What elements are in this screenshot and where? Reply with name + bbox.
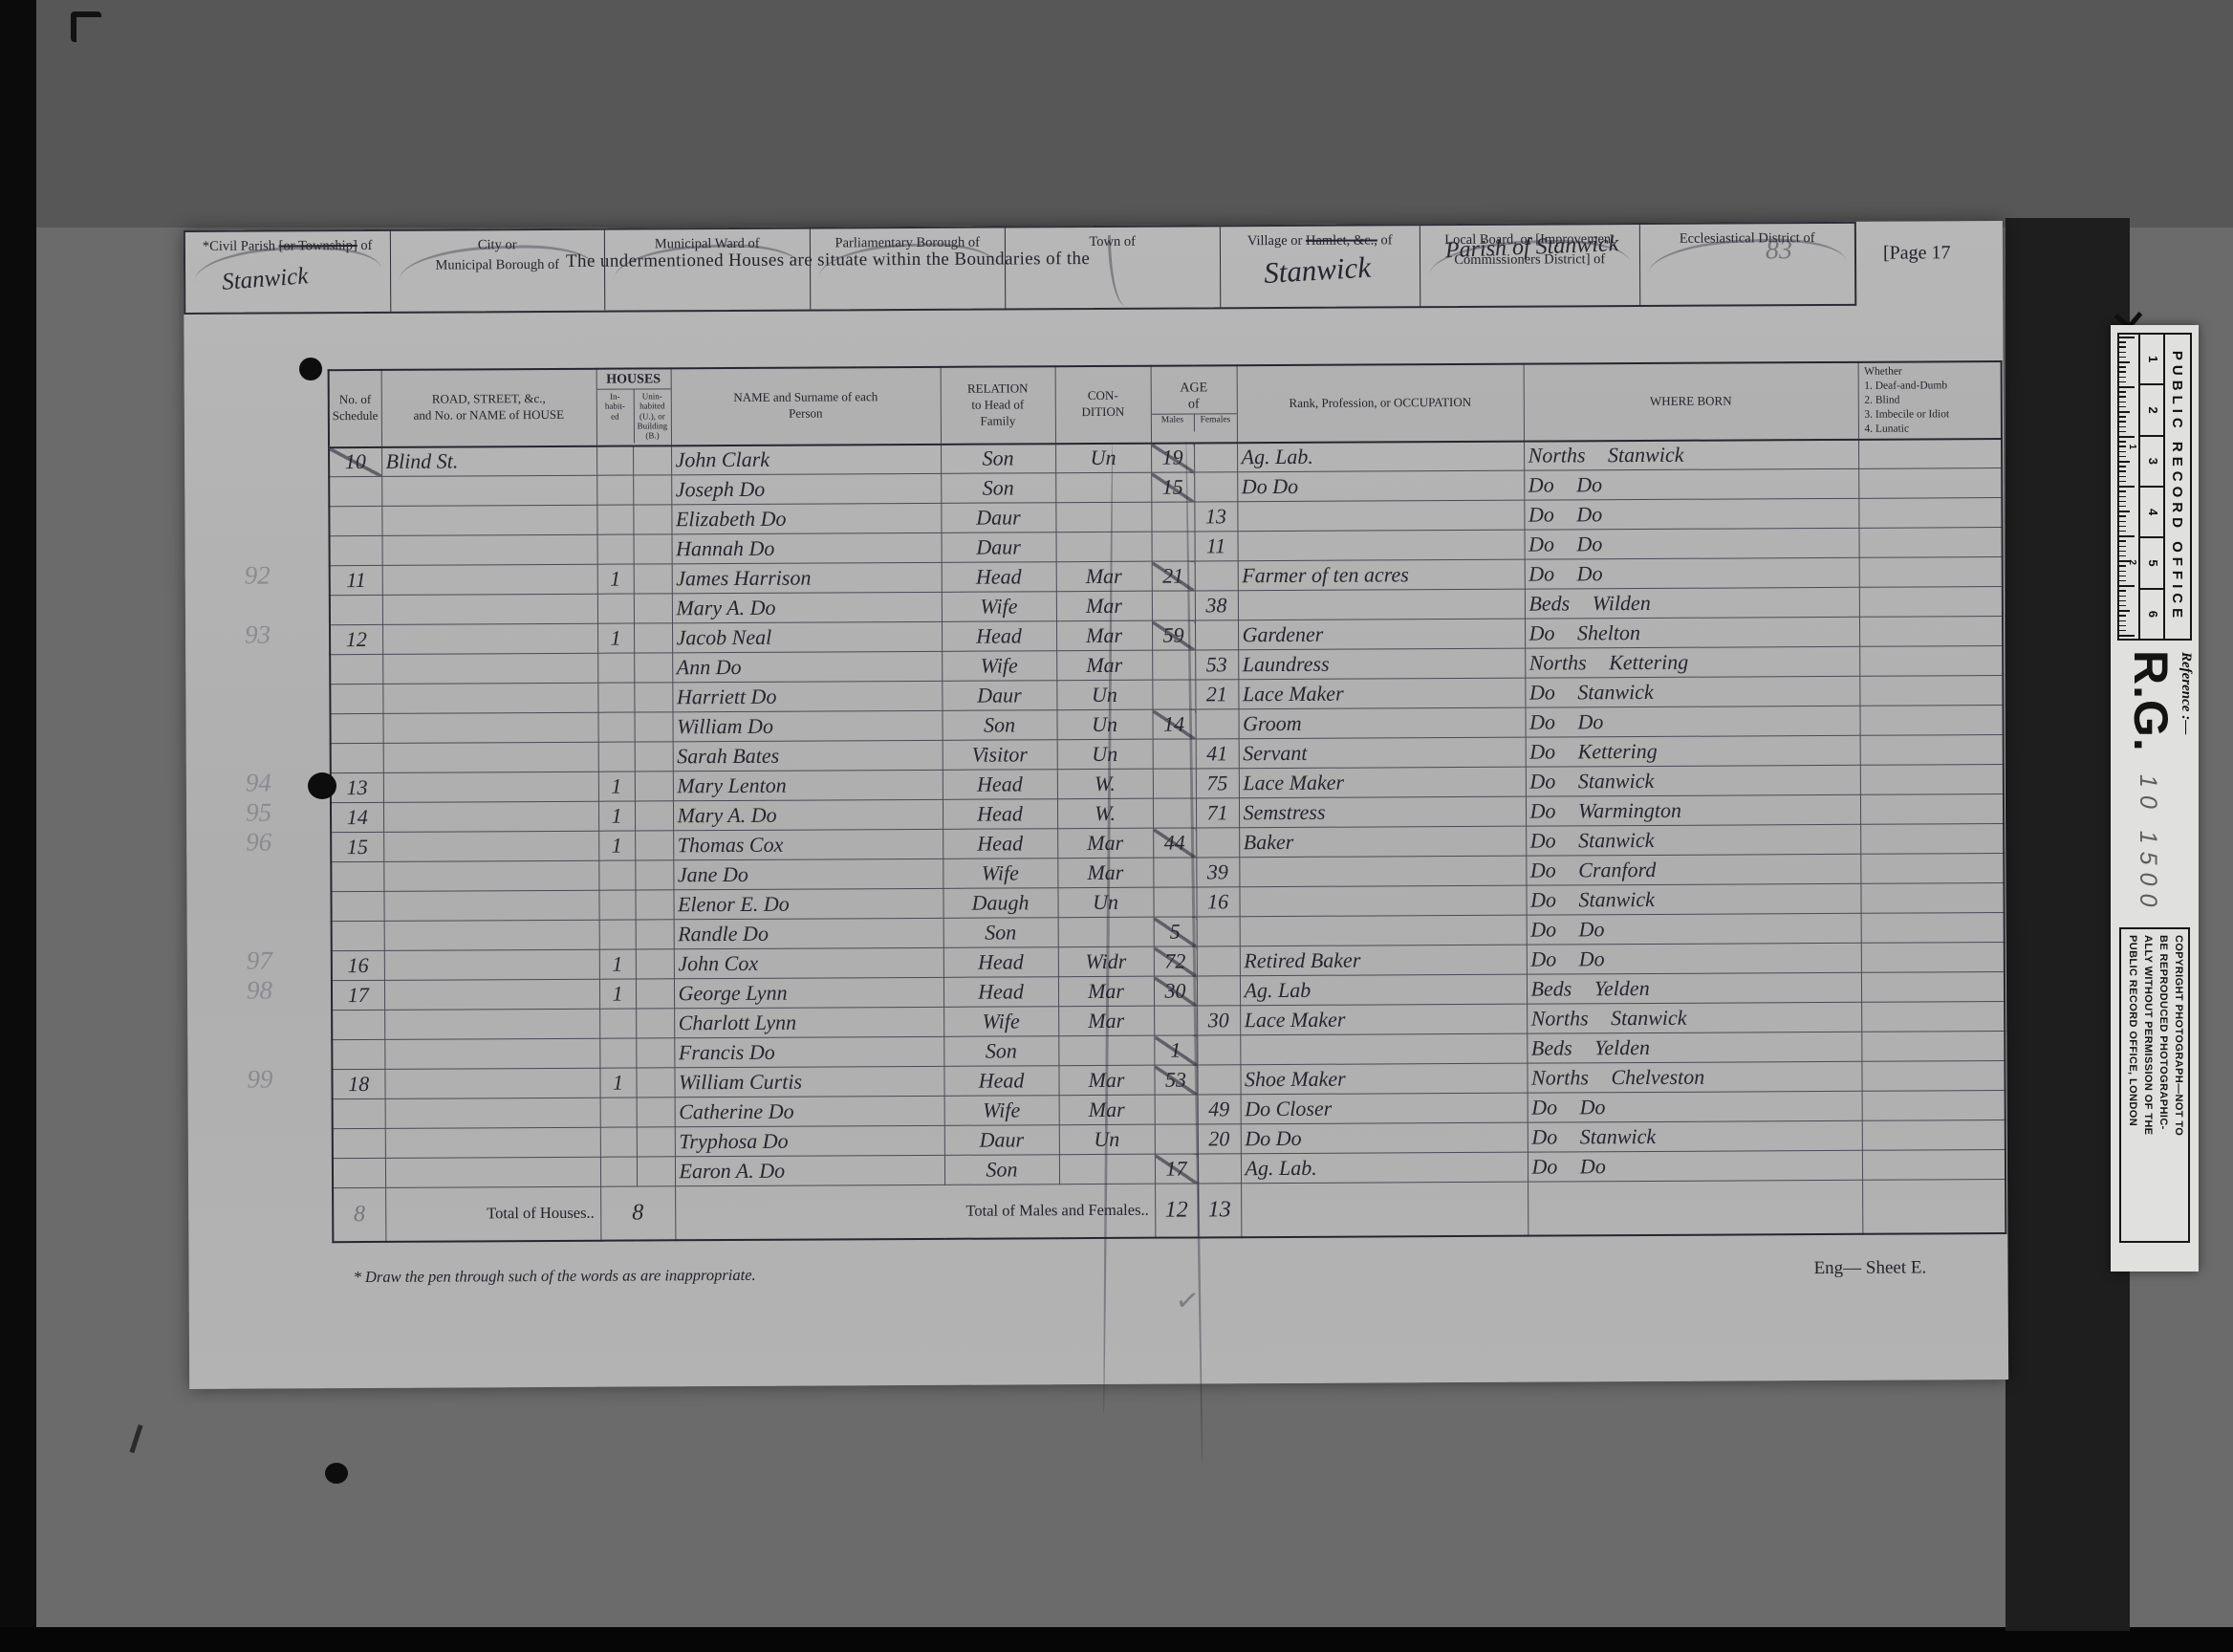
cell-uninhabited (635, 890, 673, 920)
col-age-group: AGE of Males Females (1151, 365, 1237, 443)
col-name: NAME and Surname of each Person (671, 367, 941, 446)
ruler-tick (2119, 361, 2130, 363)
cell-occupation: Retired Baker (1240, 945, 1527, 976)
cell-uninhabited (633, 446, 671, 475)
cell-disability (1861, 913, 2005, 944)
cell-name: William Curtis (674, 1067, 943, 1098)
frame-corner-mark (71, 11, 101, 42)
cell-where-born: Beds Yelden (1527, 1032, 1861, 1063)
cell-relation: Head (943, 1066, 1058, 1097)
cell-name: Hannah Do (672, 533, 942, 564)
cell-name: Joseph Do (671, 474, 941, 505)
cell-occupation (1238, 589, 1525, 620)
cell-where-born: Beds Yelden (1527, 972, 1861, 1004)
cell-occupation: Farmer of ten acres (1238, 559, 1525, 591)
cell-where-born: Do Stanwick (1526, 825, 1860, 857)
col-where-born: WHERE BORN (1524, 362, 1858, 442)
cell-where-born: Norths Stanwick (1527, 1002, 1861, 1033)
cell-condition: Mar (1057, 858, 1153, 888)
ruler-tick (2119, 555, 2126, 557)
cell-age-female: 41 (1196, 739, 1239, 769)
cell-name: John Clark (671, 445, 941, 475)
col-occupation: Rank, Profession, or OCCUPATION (1237, 364, 1524, 443)
cell-road (381, 475, 596, 506)
ruler-tick (2119, 540, 2126, 542)
cell-name: William Do (672, 711, 942, 742)
cell-occupation: Laundress (1238, 648, 1525, 680)
cell-relation: Head (943, 947, 1058, 978)
census-table: No. of Schedule ROAD, STREET, &c., and N… (328, 360, 2007, 1243)
cell-condition: Un (1056, 680, 1152, 710)
cell-where-born: Do Do (1527, 913, 1861, 945)
cell-schedule (330, 685, 382, 714)
cell-inhabited (597, 594, 634, 623)
ruler-tick (2119, 470, 2126, 472)
ruler-tick (2119, 511, 2130, 512)
district-handwritten-value: Stanwick (222, 263, 310, 296)
cell-occupation: Lace Maker (1240, 1004, 1527, 1035)
cell-relation: Wife (942, 592, 1056, 622)
cell-relation: Head (943, 977, 1058, 1008)
cell-occupation: Shoe Maker (1240, 1063, 1527, 1095)
ruler-tick (2119, 535, 2135, 537)
cell-uninhabited (634, 653, 672, 683)
page-number-label: [Page 17 (1883, 242, 1951, 264)
cell-disability (1861, 943, 2005, 973)
cell-occupation: Lace Maker (1238, 678, 1525, 709)
cell-relation: Head (943, 770, 1057, 800)
cell-occupation: Gardener (1238, 619, 1525, 650)
cell-road (382, 594, 597, 624)
schedule-pencil-number: 98 (247, 975, 314, 1005)
cell-age-male: 5 (1154, 917, 1197, 946)
cell-schedule: 16 (332, 951, 384, 981)
cell-road (384, 1038, 599, 1069)
cell-uninhabited (633, 475, 671, 505)
cell-inhabited (597, 712, 634, 742)
schedule-pencil-number: 92 (245, 560, 312, 590)
ruler-tick (2119, 596, 2126, 598)
cell-where-born: Do Do (1527, 943, 1861, 974)
cell-condition: Un (1057, 739, 1153, 770)
cell-road (385, 1098, 600, 1128)
ruler-tick (2119, 580, 2126, 582)
cell-road (382, 623, 597, 654)
cell-name: Sarah Bates (673, 741, 943, 772)
ruler-tick (2119, 371, 2126, 373)
cell-age-female (1195, 620, 1238, 650)
cell-disability (1862, 1120, 2005, 1151)
ruler-tick (2119, 421, 2126, 423)
cell-relation: Wife (943, 859, 1057, 889)
cell-occupation (1238, 530, 1525, 561)
cell-disability (1860, 735, 2004, 766)
cell-disability (1858, 498, 2002, 529)
cell-name: Catherine Do (675, 1097, 944, 1127)
reference-section: Reference :— R.G. 10 1500 (2114, 650, 2196, 916)
cell-age-female: 20 (1198, 1124, 1241, 1154)
cell-age-male (1154, 1006, 1197, 1035)
ruler-tick (2119, 466, 2126, 467)
district-field: Ecclesiastical District of (1639, 224, 1854, 305)
cell-age-female (1198, 1154, 1241, 1184)
ruler-tick (2119, 585, 2135, 587)
cell-road (384, 979, 599, 1010)
cell-road (382, 712, 597, 743)
cell-inhabited (600, 1157, 637, 1186)
col-uninhabited: Unin- habited (U.), or Building (B.) (634, 389, 670, 443)
sheet-label: Eng— Sheet E. (1813, 1257, 1926, 1279)
cell-where-born: Norths Kettering (1525, 647, 1859, 679)
cell-disability (1859, 617, 2003, 647)
hole-punch (325, 1463, 348, 1484)
cell-uninhabited (634, 683, 672, 712)
census-page: The undermentioned Houses are situate wi… (184, 221, 2008, 1389)
col-relation: RELATION to Head of Family (941, 366, 1055, 444)
cell-age-male: 17 (1155, 1154, 1198, 1184)
ruler-tick (2119, 496, 2126, 498)
ruler-tick (2119, 381, 2126, 383)
ruler-number: 1 (2140, 335, 2163, 385)
col-disability: Whether 1. Deaf-and-Dumb 2. Blind 3. Imb… (1858, 361, 2002, 439)
cell-relation: Son (943, 918, 1058, 948)
cell-age-female (1195, 561, 1238, 591)
cell-age-female: 71 (1196, 798, 1239, 828)
cell-age-female: 30 (1197, 1006, 1240, 1035)
cell-uninhabited (634, 623, 672, 653)
cell-inhabited (598, 860, 635, 890)
district-field-label: Village or Hamlet, &c., of (1220, 226, 1420, 251)
cell-age-male (1155, 1124, 1198, 1154)
cell-schedule (331, 744, 383, 773)
cell-name: John Cox (674, 948, 943, 979)
cell-road (385, 1157, 600, 1187)
cell-where-born: Do Stanwick (1525, 677, 1859, 708)
cell-name: Harriett Do (672, 682, 942, 712)
cell-where-born: Do Do (1528, 1091, 1862, 1122)
cell-road (383, 742, 598, 772)
cell-age-female (1197, 1035, 1240, 1065)
ruler-tick (2119, 571, 2126, 573)
cell-condition: Mar (1056, 561, 1152, 592)
ruler-tick (2119, 441, 2126, 443)
cell-schedule (333, 1159, 385, 1188)
cell-age-male: 53 (1154, 1065, 1197, 1095)
col-houses-group: HOUSES In- habit- ed Unin- habited (U.),… (596, 368, 671, 446)
cell-uninhabited (636, 1038, 674, 1068)
cell-name: Randle Do (674, 919, 943, 949)
cell-relation: Head (942, 562, 1056, 593)
ruler-tick (2119, 490, 2126, 492)
cell-disability (1860, 824, 2004, 855)
cell-age-female: 38 (1195, 591, 1238, 620)
ruler-number: 5 (2140, 538, 2163, 589)
ruler-tick (2119, 461, 2130, 463)
cell-uninhabited (637, 1098, 675, 1127)
cell-occupation: Do Do (1237, 470, 1524, 502)
cell-disability (1859, 646, 2003, 677)
cell-condition: Un (1056, 709, 1152, 740)
cell-relation: Wife (944, 1096, 1059, 1126)
cell-schedule (329, 507, 381, 536)
pro-reference-strip: PUBLIC RECORD OFFICE 123456 12 Reference… (2111, 325, 2199, 1272)
cell-uninhabited (636, 1068, 674, 1098)
cell-disability (1861, 1002, 2005, 1032)
cell-disability (1860, 765, 2004, 795)
cell-condition: W. (1057, 769, 1153, 799)
cell-name: Jane Do (673, 859, 943, 890)
ruler-tick (2119, 476, 2126, 478)
cell-occupation: Groom (1238, 707, 1525, 739)
copyright-line: BE REPRODUCED PHOTOGRAPHIC- (2155, 935, 2170, 1235)
cell-schedule: 13 (331, 773, 383, 803)
cell-road (382, 683, 597, 713)
cell-inhabited (599, 1009, 636, 1038)
ruler-tick (2119, 451, 2126, 453)
ruler-number: 2 (2140, 385, 2163, 436)
cell-schedule (331, 862, 383, 892)
film-background (36, 0, 2233, 228)
cell-inhabited (596, 475, 633, 505)
cell-road (381, 505, 596, 535)
cell-disability (1862, 1150, 2005, 1181)
film-edge-left (0, 0, 36, 1652)
cell-relation: Son (943, 1036, 1058, 1067)
ruler-tick (2119, 576, 2126, 577)
film-edge-bottom (0, 1627, 2233, 1652)
totals-pencil-number: 8 (333, 1188, 385, 1242)
cell-occupation: Semstress (1239, 796, 1526, 828)
cell-age-male: 19 (1151, 443, 1194, 472)
cell-occupation: Baker (1239, 826, 1526, 858)
ruler-tick (2119, 481, 2126, 483)
cell-condition: W. (1057, 798, 1153, 829)
cell-relation: Daur (942, 533, 1056, 563)
ruler-tick (2119, 600, 2126, 602)
cell-schedule (330, 714, 382, 744)
cell-age-male: 1 (1154, 1035, 1197, 1065)
cell-inhabited (597, 653, 634, 683)
cell-condition: Mar (1057, 828, 1153, 859)
district-field: Town of (1006, 227, 1221, 308)
cell-uninhabited (637, 1157, 675, 1186)
ruler-tick (2119, 416, 2126, 418)
cell-relation: Head (943, 829, 1057, 859)
cell-condition (1055, 472, 1151, 503)
ruler-tick (2119, 620, 2126, 622)
cell-where-born: Do Cranford (1526, 855, 1860, 886)
total-females: 13 (1198, 1184, 1241, 1237)
cell-occupation: Lace Maker (1239, 767, 1526, 798)
cell-occupation (1240, 915, 1527, 946)
cell-inhabited (597, 534, 634, 564)
footnote: * Draw the pen through such of the words… (354, 1266, 756, 1287)
cell-relation: Daugh (943, 888, 1057, 919)
cell-disability (1861, 1061, 2005, 1092)
ruler-inch-number: 2 (2127, 559, 2137, 565)
cell-inhabited (599, 920, 636, 949)
cell-inhabited: 1 (597, 623, 634, 653)
cell-name: Thomas Cox (673, 830, 943, 860)
ruler-tick (2119, 346, 2126, 348)
cell-age-female (1196, 828, 1239, 858)
cell-disability (1858, 439, 2002, 469)
cell-age-female (1194, 443, 1237, 472)
cell-name: Earon A. Do (675, 1156, 944, 1186)
copyright-notice: COPYRIGHT PHOTOGRAPH—NOT TOBE REPRODUCED… (2119, 927, 2190, 1243)
column-header-row: No. of Schedule ROAD, STREET, &c., and N… (329, 361, 2002, 447)
cell-inhabited (598, 742, 635, 772)
cell-age-female: 16 (1196, 887, 1239, 917)
ruler-tick (2119, 551, 2126, 553)
cell-name: James Harrison (672, 563, 942, 594)
cell-name: George Lynn (674, 978, 943, 1009)
reference-numbers: 10 1500 (2134, 774, 2161, 914)
cell-where-born: Do Do (1525, 529, 1859, 560)
cell-uninhabited (635, 860, 673, 890)
cell-where-born: Do Kettering (1526, 736, 1860, 768)
cell-road (383, 860, 598, 891)
cell-where-born: Beds Wilden (1525, 588, 1859, 619)
cell-condition: Un (1057, 887, 1153, 918)
cell-where-born: Do Do (1525, 706, 1859, 738)
cell-age-female: 53 (1195, 650, 1238, 680)
cell-road (383, 831, 598, 861)
ruler-tick (2119, 546, 2126, 548)
ruler-tick (2119, 625, 2126, 627)
cell-where-born: Do Do (1524, 499, 1858, 531)
ruler-tick (2119, 337, 2135, 338)
cell-inhabited: 1 (597, 564, 634, 594)
cell-age-female (1197, 1065, 1240, 1095)
total-mf-label: Total of Males and Females.. (675, 1184, 1155, 1240)
pencil-checkmark: ✓ (1173, 1283, 1202, 1319)
cell-age-male: 72 (1154, 946, 1197, 976)
col-houses: HOUSES (596, 371, 670, 390)
total-houses-label: Total of Houses.. (385, 1186, 600, 1241)
ruler-ticks: 12 (2119, 335, 2138, 639)
cell-occupation (1237, 500, 1524, 532)
copyright-line: PUBLIC RECORD OFFICE, LONDON (2124, 935, 2139, 1235)
cell-uninhabited (636, 920, 674, 949)
cell-relation: Head (942, 621, 1056, 652)
cell-occupation: Servant (1239, 737, 1526, 769)
cell-where-born: Do Stanwick (1526, 884, 1860, 916)
cell-schedule (330, 536, 382, 566)
cell-road (384, 949, 599, 980)
cell-condition: Mar (1056, 620, 1152, 651)
cell-relation: Daur (941, 503, 1055, 533)
cell-uninhabited (636, 1009, 674, 1038)
cell-name: Jacob Neal (672, 622, 942, 653)
cell-inhabited: 1 (599, 949, 636, 979)
cell-inhabited: 1 (598, 831, 635, 860)
cell-schedule: 11 (330, 566, 382, 596)
cell-road (383, 801, 598, 832)
cell-relation: Son (941, 473, 1055, 504)
cell-where-born: Do Stanwick (1526, 766, 1860, 797)
copyright-line: ALLY WITHOUT PERMISSION OF THE (2139, 935, 2155, 1235)
ruler-tick (2119, 565, 2126, 567)
cell-disability (1859, 676, 2003, 706)
cell-inhabited (596, 446, 633, 475)
ruler-tick (2119, 411, 2130, 413)
schedule-pencil-number: 94 (246, 768, 313, 797)
cell-schedule (333, 1099, 385, 1129)
cell-schedule: 14 (331, 803, 383, 833)
cell-uninhabited (635, 742, 673, 772)
cell-uninhabited (637, 1127, 675, 1157)
ruler-tick (2119, 501, 2126, 503)
cell-disability (1860, 854, 2004, 884)
ruler-inch-number: 1 (2127, 444, 2137, 449)
cell-inhabited (598, 890, 635, 920)
ruler-tick (2119, 635, 2135, 637)
ruler-tick (2119, 486, 2135, 488)
cell-where-born: Do Warmington (1526, 795, 1860, 827)
total-males: 12 (1155, 1184, 1198, 1237)
copyright-line: COPYRIGHT PHOTOGRAPH—NOT TO (2170, 935, 2185, 1235)
ruler-tick (2119, 515, 2126, 517)
cell-uninhabited (634, 712, 672, 742)
cell-road (385, 1127, 600, 1158)
ruler-tick (2119, 406, 2126, 408)
cell-uninhabited (635, 831, 673, 860)
district-field: *Civil Parish [or Township] ofStanwick (185, 231, 391, 313)
cell-age-female: 39 (1196, 858, 1239, 887)
cell-road (384, 1009, 599, 1039)
ruler-tick (2119, 590, 2126, 592)
ruler-tick (2119, 352, 2126, 354)
cell-disability (1860, 883, 2004, 914)
cell-condition: Mar (1056, 650, 1152, 681)
cell-condition (1055, 502, 1151, 533)
cell-schedule: 17 (332, 981, 384, 1011)
cell-occupation (1240, 1033, 1527, 1065)
cell-name: Elenor E. Do (673, 889, 943, 920)
schedule-pencil-number: 97 (247, 946, 314, 975)
cell-age-male: 30 (1154, 976, 1197, 1006)
district-field: City orMunicipal Borough of (390, 230, 605, 312)
cell-occupation: Do Closer (1241, 1093, 1528, 1124)
cell-condition (1056, 532, 1152, 562)
cell-age-male (1153, 798, 1196, 828)
cell-schedule (330, 596, 382, 625)
total-houses-value: 8 (600, 1186, 675, 1240)
cell-disability (1861, 972, 2005, 1003)
cell-inhabited: 1 (599, 1068, 636, 1098)
district-fields-row: *Civil Parish [or Township] ofStanwickCi… (184, 222, 1856, 315)
census-photograph: The undermentioned Houses are situate wi… (0, 0, 2233, 1652)
cell-road (383, 890, 598, 921)
ruler-tick (2119, 431, 2126, 433)
district-field: Parliamentary Borough of (810, 228, 1006, 309)
cell-schedule: 12 (330, 625, 382, 655)
cell-age-male (1153, 887, 1196, 917)
cell-inhabited: 1 (599, 979, 636, 1009)
cell-name: Ann Do (672, 652, 942, 683)
ruler-number: 3 (2140, 437, 2163, 488)
ruler-tick (2119, 506, 2126, 508)
cell-where-born: Do Shelton (1525, 618, 1859, 649)
cell-relation: Daur (944, 1125, 1059, 1156)
cell-age-female: 49 (1198, 1095, 1241, 1124)
ruler-tick (2119, 526, 2126, 528)
cell-name: Tryphosa Do (675, 1126, 944, 1157)
ruler-tick (2119, 377, 2126, 379)
ruler-tick (2119, 386, 2135, 388)
cell-disability (1859, 587, 2003, 618)
